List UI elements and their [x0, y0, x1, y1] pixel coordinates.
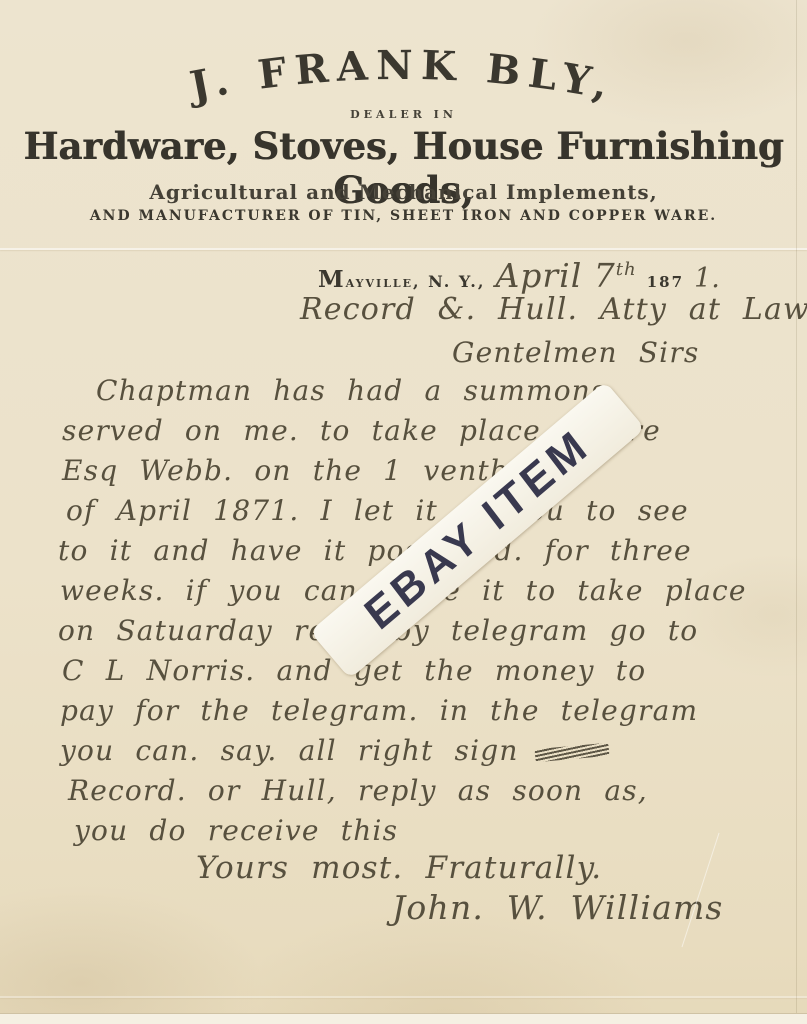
handwritten-ordinal: th [616, 259, 637, 280]
company-name: J. FRANK BLY, [183, 42, 619, 111]
dealer-in-label: DEALER IN [0, 108, 807, 121]
handwritten-month-day: April 7 [495, 256, 615, 295]
printed-place: Mayville, N. Y., [318, 266, 485, 293]
scribbled-out-word [534, 743, 609, 762]
salutation-line: Gentelmen Sirs [452, 336, 700, 369]
paper-edge-right [796, 0, 797, 1024]
body-line: to it and have it posponed. for three [58, 534, 692, 567]
signature: John. W. Williams [392, 888, 724, 927]
dateline: Mayville, N. Y., April 7th 187 1. [318, 256, 720, 295]
handwritten-year-digit: 1. [694, 263, 720, 294]
svg-text:J. FRANK BLY,: J. FRANK BLY, [183, 42, 619, 111]
scanned-letter-page: J. FRANK BLY, DEALER IN Hardware, Stoves… [0, 0, 807, 1024]
body-line: pay for the telegram. in the telegram [60, 694, 698, 727]
handwritten-date: April 7th [495, 256, 636, 295]
body-line: Chaptman has had a summons [96, 374, 607, 407]
body-line: you do receive this [74, 814, 398, 847]
paper-crease-top [0, 248, 807, 250]
body-line: of April 1871. I let it to you to see [66, 494, 689, 527]
body-line: Record. or Hull, reply as soon as, [68, 774, 648, 807]
body-line: you can. say. all right sign [60, 734, 609, 767]
manufacturer-line: AND MANUFACTURER OF TIN, SHEET IRON AND … [0, 208, 807, 224]
body-line-text: you can. say. all right sign [60, 734, 519, 767]
paper-edge-bottom [0, 1013, 807, 1024]
implements-line: Agricultural and Mechanical Implements, [0, 180, 807, 204]
closing-line: Yours most. Fraturally. [196, 850, 602, 886]
printed-year-prefix: 187 [647, 273, 684, 291]
recipient-line: Record &. Hull. Atty at Law. [300, 292, 807, 327]
letterhead-arched-title: J. FRANK BLY, [0, 28, 807, 118]
paper-crease-bottom [0, 996, 807, 998]
ebay-item-sticker-text: EBAY ITEM [356, 420, 600, 641]
